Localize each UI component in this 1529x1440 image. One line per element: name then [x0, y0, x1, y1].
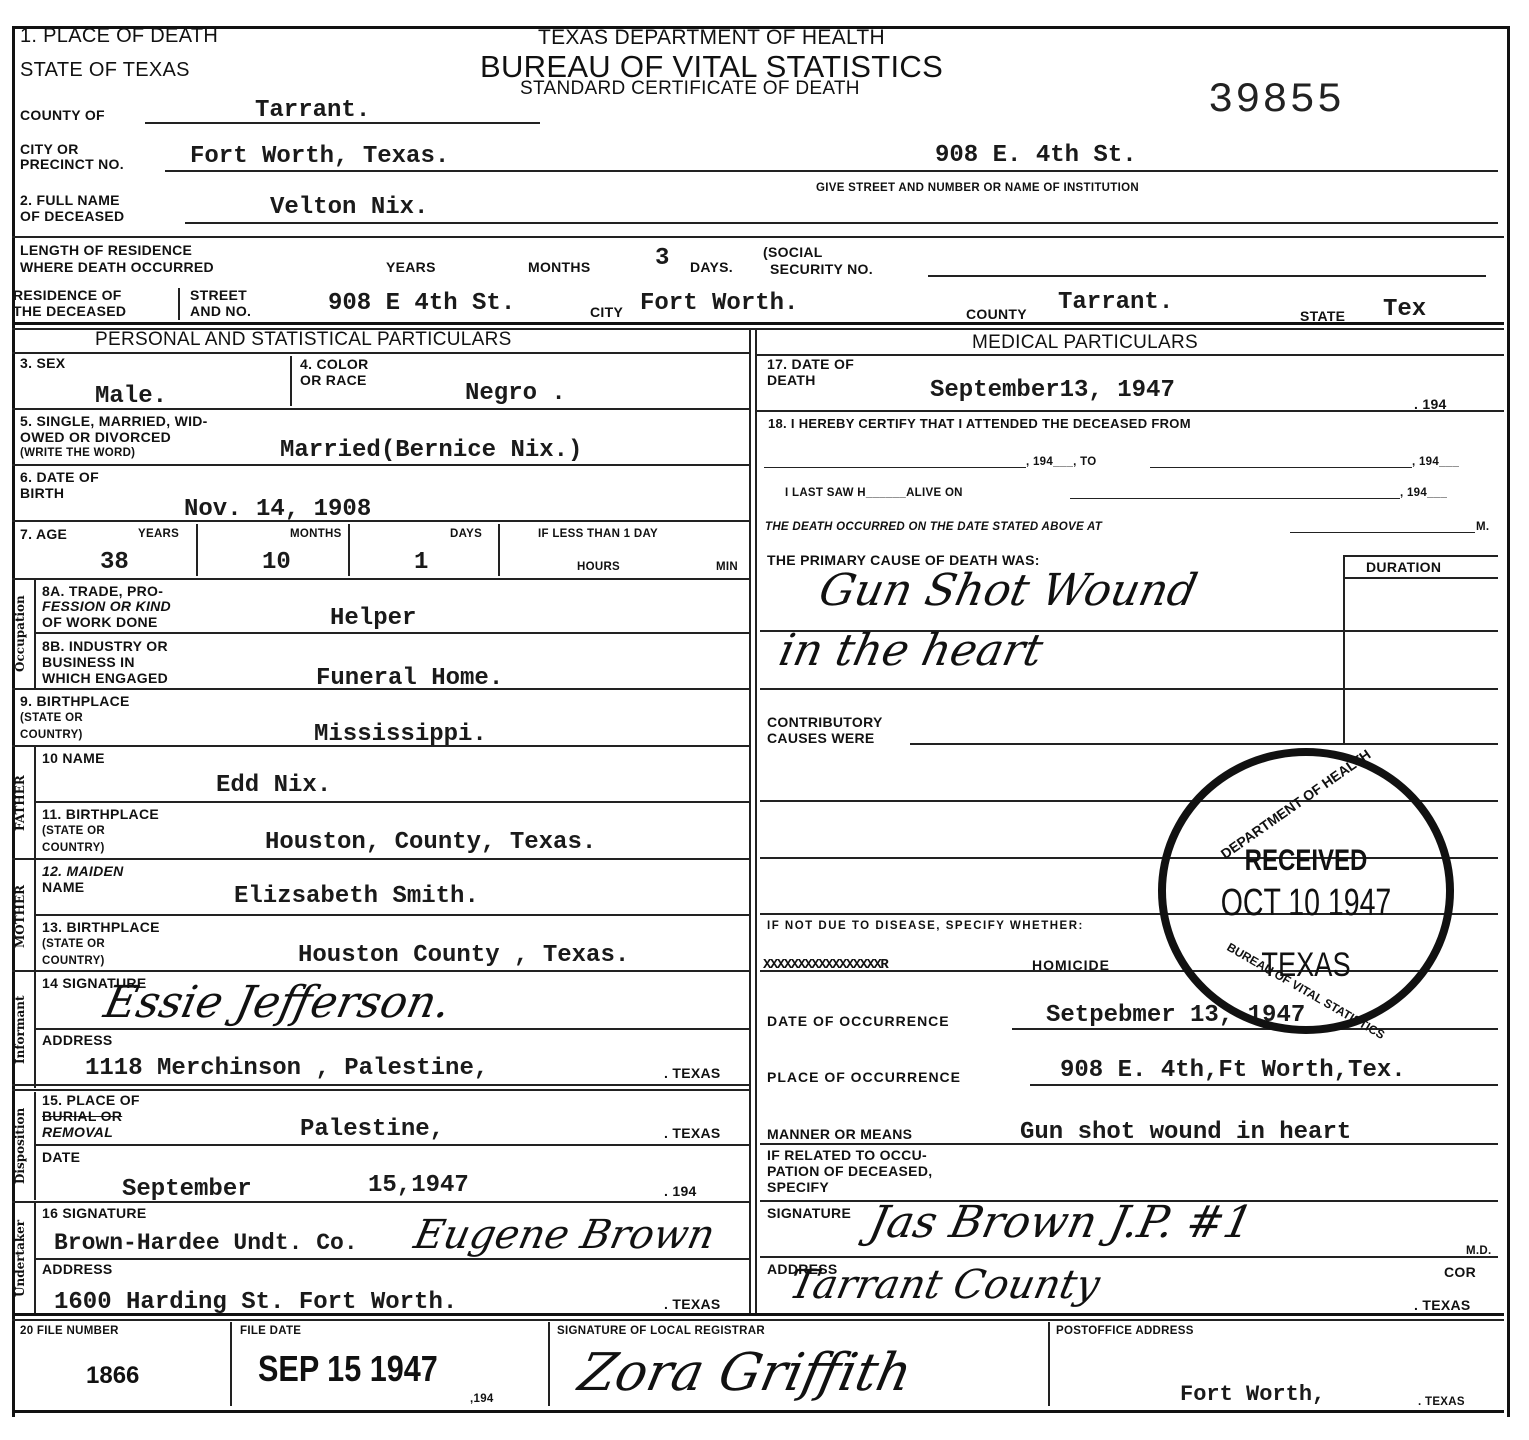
age-years-label: YEARS: [138, 528, 179, 541]
street-label-1: STREET: [190, 288, 247, 303]
cor-label: COR: [1444, 1265, 1476, 1280]
bracket: [178, 288, 180, 320]
postoffice-value: Fort Worth,: [1180, 1382, 1325, 1408]
duration-label: DURATION: [1366, 560, 1441, 575]
stamp-date: OCT 10 1947: [1201, 882, 1411, 925]
mother-name: Elizsabeth Smith.: [234, 884, 479, 910]
registrar-signature: Zora Griffith: [575, 1350, 915, 1396]
full-name-label-1: 2. FULL NAME: [20, 193, 120, 208]
undertaker-signature: Eugene Brown: [410, 1212, 719, 1258]
informant-address-label: ADDRESS: [42, 1033, 113, 1048]
residence-length-label-1: LENGTH OF RESIDENCE: [20, 243, 192, 258]
burial-label-1: 15. PLACE OF: [42, 1093, 140, 1108]
medical-state: . TEXAS: [1414, 1298, 1471, 1313]
divider: [34, 632, 750, 634]
age-days: 1: [414, 550, 428, 576]
marital-label-2: OWED OR DIVORCED: [20, 430, 171, 445]
last-saw-label: I LAST SAW H______ALIVE ON: [785, 487, 963, 500]
file-date-suffix: ,194: [470, 1393, 494, 1406]
residence-days: 3: [655, 246, 669, 272]
file-number-label: 20 FILE NUMBER: [20, 1325, 119, 1338]
divider: [290, 356, 292, 406]
informant-address: 1118 Merchinson , Palestine,: [85, 1056, 488, 1082]
min-label: MIN: [716, 561, 738, 574]
race-value: Negro .: [465, 381, 566, 407]
residence-label-2: THE DECEASED: [13, 304, 126, 319]
trade-value: Helper: [330, 606, 416, 632]
stamp-state: TEXAS: [1194, 946, 1418, 985]
related-label-2: PATION OF DECEASED,: [767, 1164, 932, 1179]
ssn-label-2: SECURITY NO.: [770, 262, 873, 277]
certificate-type: STANDARD CERTIFICATE OF DEATH: [520, 78, 860, 100]
father-birthplace-label-1: 11. BIRTHPLACE: [42, 807, 159, 822]
medical-signature-label: SIGNATURE: [767, 1206, 851, 1221]
mother-name-label-1: 12. MAIDEN: [42, 864, 124, 879]
manner-label: MANNER OR MEANS: [767, 1127, 912, 1142]
file-date-label: FILE DATE: [240, 1325, 301, 1338]
occurrence-place-label: PLACE OF OCCURRENCE: [767, 1070, 961, 1085]
mother-birthplace-label-2: (STATE OR: [42, 938, 105, 951]
residence-city: Fort Worth.: [640, 291, 798, 317]
from-line: [764, 467, 1026, 468]
hours-label: HOURS: [577, 561, 620, 574]
not-disease-label: IF NOT DUE TO DISEASE, SPECIFY WHETHER:: [767, 920, 1084, 933]
deceased-name: Velton Nix.: [270, 195, 428, 221]
burial-date-day-year: 15,1947: [368, 1173, 469, 1199]
father-side-label: FATHER: [13, 747, 33, 859]
sex-value: Male.: [95, 384, 167, 410]
industry-label-2: BUSINESS IN: [42, 655, 135, 670]
residence-county: Tarrant.: [1058, 290, 1173, 316]
industry-label-1: 8B. INDUSTRY OR: [42, 639, 168, 654]
trade-label-2: FESSION OR KIND: [42, 599, 171, 614]
burial-label-3: REMOVAL: [42, 1125, 113, 1140]
age-label: 7. AGE: [20, 527, 67, 542]
county-value: Tarrant.: [255, 98, 370, 124]
divider: [760, 1256, 1498, 1258]
burial-state: . TEXAS: [664, 1126, 721, 1141]
age-days-label: DAYS: [450, 528, 482, 541]
industry-label-3: WHICH ENGAGED: [42, 671, 168, 686]
dod-label-2: DEATH: [767, 373, 816, 388]
divider: [12, 970, 750, 972]
divider: [12, 688, 750, 690]
contributory-label-1: CONTRIBUTORY: [767, 715, 883, 730]
street-label-2: AND NO.: [190, 304, 251, 319]
death-certificate-form: [12, 26, 1510, 1417]
divider: [12, 578, 750, 580]
father-birthplace: Houston, County, Texas.: [265, 830, 596, 856]
column-divider: [755, 330, 757, 1315]
divider: [34, 860, 36, 972]
medical-signature: Jas Brown J.P. #1: [865, 1200, 1257, 1246]
primary-cause-line-1: Gun Shot Wound: [815, 568, 1201, 614]
street-hint: GIVE STREET AND NUMBER OR NAME OF INSTIT…: [816, 182, 1139, 195]
undertaker-side-label: Undertaker: [13, 1203, 33, 1313]
divider: [548, 1322, 550, 1406]
name-line: [185, 222, 1498, 224]
birthplace-label-3: COUNTRY): [20, 729, 83, 742]
dob-label-1: 6. DATE OF: [20, 470, 99, 485]
city-label-2: PRECINCT NO.: [20, 157, 124, 172]
father-birthplace-label-2: (STATE OR: [42, 825, 105, 838]
divider: [12, 408, 750, 410]
burial-label-2: BURIAL OR: [42, 1109, 122, 1124]
divider: [34, 972, 36, 1088]
divider: [230, 1322, 232, 1406]
divider: [12, 322, 1504, 325]
race-label-2: OR RACE: [300, 373, 367, 388]
medical-address: Tarrant County: [785, 1262, 1104, 1308]
mother-name-label-2: NAME: [42, 880, 84, 895]
birthplace-label-1: 9. BIRTHPLACE: [20, 694, 130, 709]
divider: [348, 524, 350, 576]
months-label: MONTHS: [528, 260, 590, 275]
registrar-label: SIGNATURE OF LOCAL REGISTRAR: [557, 1325, 765, 1338]
divider: [1012, 1028, 1498, 1030]
from-to-suffix: , 194___: [1412, 456, 1459, 469]
county-line: [145, 122, 540, 124]
divider: [34, 801, 750, 803]
occurrence-place: 908 E. 4th,Ft Worth,Tex.: [1060, 1058, 1406, 1084]
dod-label-1: 17. DATE OF: [767, 357, 854, 372]
related-label-3: SPECIFY: [767, 1180, 829, 1195]
residence-street: 908 E 4th St.: [328, 291, 515, 317]
contributory-label-2: CAUSES WERE: [767, 731, 875, 746]
divider: [12, 1084, 750, 1086]
city-line: [165, 170, 1498, 172]
postoffice-label: POSTOFFICE ADDRESS: [1056, 1325, 1194, 1338]
mother-side-label: MOTHER: [13, 860, 33, 972]
birthplace-label-2: (STATE OR: [20, 712, 83, 725]
county-label: COUNTY OF: [20, 108, 105, 123]
marital-label-1: 5. SINGLE, MARRIED, WID-: [20, 414, 208, 429]
res-county-label: COUNTY: [966, 307, 1027, 322]
stamp-received: RECEIVED: [1194, 844, 1418, 878]
divider: [12, 464, 750, 466]
place-of-death-label: 1. PLACE OF DEATH: [20, 25, 218, 47]
divider: [34, 580, 36, 688]
occurred-at-line: [1290, 532, 1475, 533]
residence-label-1: RESIDENCE OF: [13, 288, 122, 303]
primary-cause-line-2: in the heart: [775, 628, 1047, 674]
file-date: SEP 15 1947: [258, 1348, 438, 1390]
occupation-side-label: Occupation: [13, 580, 33, 688]
divider: [34, 1144, 750, 1146]
dob-label-2: BIRTH: [20, 486, 64, 501]
divider: [1343, 555, 1498, 557]
full-name-label-2: OF DECEASED: [20, 209, 124, 224]
divider: [34, 1028, 750, 1030]
divider: [12, 745, 750, 747]
medical-section-title: MEDICAL PARTICULARS: [972, 332, 1198, 354]
burial-date-suffix: . 194: [664, 1184, 697, 1199]
residence-length-label-2: WHERE DEATH OCCURRED: [20, 260, 214, 275]
last-saw-suffix: , 194___: [1400, 487, 1447, 500]
marital-label-3: (WRITE THE WORD): [20, 447, 135, 460]
divider: [12, 858, 750, 860]
trade-label-1: 8A. TRADE, PRO-: [42, 584, 163, 599]
residence-state: Tex: [1383, 297, 1426, 323]
divider: [12, 1201, 750, 1203]
divider: [34, 1258, 750, 1260]
undertaker-signature-label: 16 SIGNATURE: [42, 1206, 146, 1221]
undertaker-company: Brown-Hardee Undt. Co.: [54, 1230, 358, 1256]
sex-label: 3. SEX: [20, 356, 65, 371]
divider: [498, 524, 500, 576]
mother-birthplace-label-1: 13. BIRTHPLACE: [42, 920, 160, 935]
res-city-label: CITY: [590, 305, 623, 320]
marital-value: Married(Bernice Nix.): [280, 438, 582, 464]
undertaker-state: . TEXAS: [664, 1297, 721, 1312]
divider: [12, 1089, 750, 1091]
street-value: 908 E. 4th St.: [935, 143, 1137, 169]
personal-section-title: PERSONAL AND STATISTICAL PARTICULARS: [95, 329, 512, 351]
divider: [12, 520, 750, 522]
date-of-death: September13, 1947: [930, 378, 1175, 404]
divider: [12, 1313, 1504, 1316]
divider: [756, 354, 1504, 356]
postoffice-state: . TEXAS: [1418, 1396, 1465, 1409]
from-to-line: , 194___, TO: [1026, 456, 1097, 469]
age-months-label: MONTHS: [290, 528, 342, 541]
divider: [34, 1092, 36, 1200]
burial-date-label: DATE: [42, 1150, 80, 1165]
occurred-suffix: M.: [1476, 521, 1489, 534]
father-name: Edd Nix.: [216, 773, 331, 799]
divider: [1343, 577, 1498, 579]
bottom-border: [12, 1410, 1504, 1413]
informant-side-label: Informant: [13, 972, 33, 1088]
divider: [34, 747, 36, 859]
divider: [12, 1319, 1504, 1321]
column-divider: [749, 330, 751, 1315]
related-label-1: IF RELATED TO OCCU-: [767, 1148, 927, 1163]
received-stamp: DEPARTMENT OF HEALTH BUREAU OF VITAL STA…: [1158, 748, 1454, 1034]
informant-state: . TEXAS: [664, 1066, 721, 1081]
divider: [1030, 1084, 1498, 1086]
divider: [196, 524, 198, 576]
divider: [12, 352, 750, 354]
city-label-1: CITY OR: [20, 142, 79, 157]
city-value: Fort Worth, Texas.: [190, 144, 449, 170]
age-months: 10: [262, 550, 291, 576]
divider: [1048, 1322, 1050, 1406]
certify-label: 18. I HEREBY CERTIFY THAT I ATTENDED THE…: [768, 416, 1191, 431]
certificate-number: 39855: [1208, 76, 1344, 124]
department-title: TEXAS DEPARTMENT OF HEALTH: [538, 27, 885, 49]
trade-label-3: OF WORK DONE: [42, 615, 158, 630]
burial-date-month: September: [122, 1177, 252, 1203]
mother-birthplace-label-3: COUNTRY): [42, 955, 105, 968]
ssn-label-1: (SOCIAL: [763, 245, 823, 260]
ssn-line: [928, 275, 1486, 277]
to-line: [1150, 467, 1412, 468]
years-label: YEARS: [386, 260, 436, 275]
race-label-1: 4. COLOR: [300, 357, 369, 372]
divider: [760, 1143, 1498, 1145]
mother-birthplace: Houston County , Texas.: [298, 943, 629, 969]
last-saw-line: [1070, 498, 1400, 499]
divider: [756, 410, 1504, 412]
divider: [34, 914, 750, 916]
burial-place: Palestine,: [300, 1117, 444, 1143]
divider: [12, 236, 1504, 238]
divider: [760, 688, 1498, 690]
duration-divider: [1343, 555, 1345, 745]
state-label: STATE OF TEXAS: [20, 59, 190, 81]
days-label: DAYS.: [690, 260, 733, 275]
age-years: 38: [100, 550, 129, 576]
occurred-at-label: THE DEATH OCCURRED ON THE DATE STATED AB…: [765, 521, 1102, 534]
file-number: 1866: [86, 1362, 139, 1390]
father-birthplace-label-3: COUNTRY): [42, 842, 105, 855]
disposition-side-label: Disposition: [13, 1092, 33, 1200]
undertaker-address-label: ADDRESS: [42, 1262, 113, 1277]
occurrence-date-label: DATE OF OCCURRENCE: [767, 1014, 950, 1029]
informant-signature: Essie Jefferson.: [100, 980, 454, 1026]
divider: [910, 743, 1498, 745]
father-name-label: 10 NAME: [42, 751, 105, 766]
age-less-label: IF LESS THAN 1 DAY: [538, 528, 658, 541]
